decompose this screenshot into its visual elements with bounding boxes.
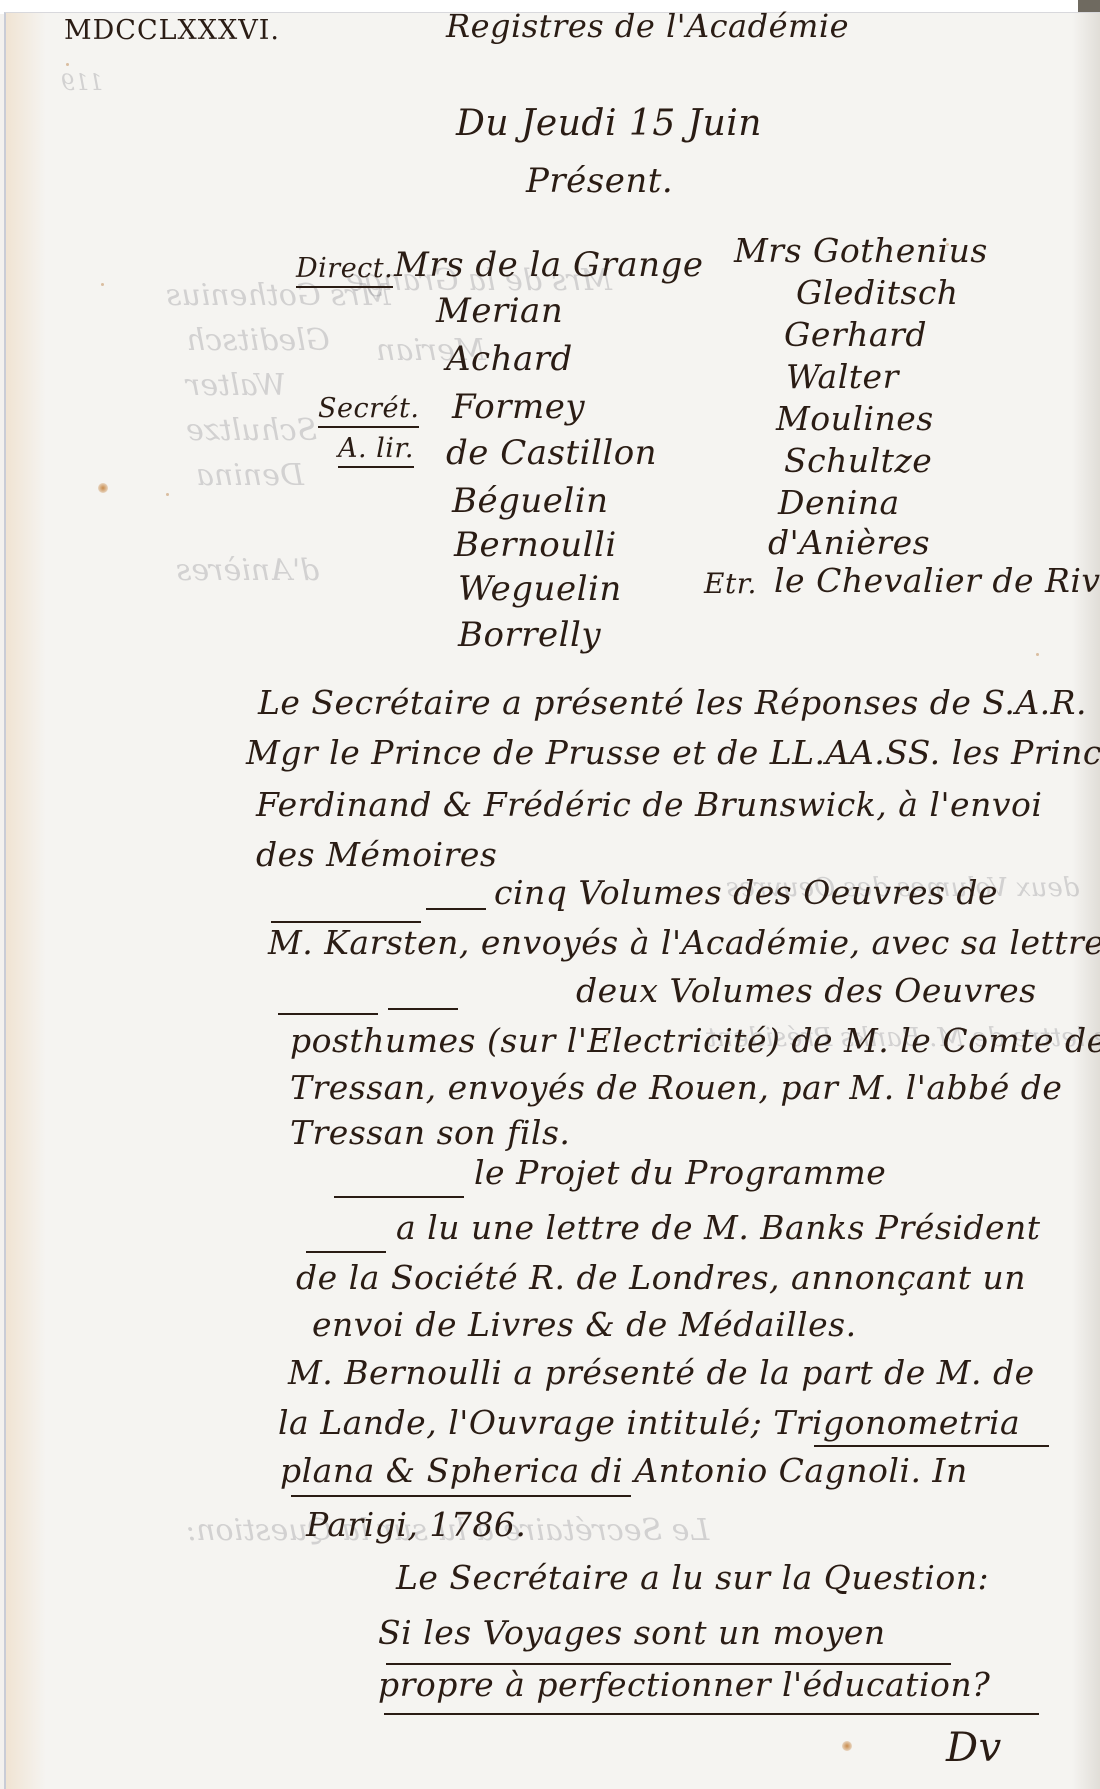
minutes-line: posthumes (sur l'Electricité) de M. le C… [290,1021,1100,1060]
paper-stain [842,1741,852,1751]
minutes-line: de la Société R. de Londres, annonçant u… [296,1258,1026,1297]
minutes-line: Tressan, envoyés de Rouen, par M. l'abbé… [290,1068,1062,1107]
bleed-through-text: d'Anières [176,553,319,588]
paper-fleck [606,1033,609,1036]
continuation-dash [388,1008,458,1010]
continuation-dash [426,908,486,910]
member-name: Mrs de la Grange [394,245,703,285]
role-archivist: A. lir. [338,433,414,468]
register-title: Registres de l'Académie [446,7,849,45]
member-name: Merian [436,291,563,331]
member-name: Achard [446,339,573,379]
manuscript-page: 119 Mrs Gothenius Gleditsch Walter Schul… [4,12,1100,1789]
paper-fleck [946,243,949,246]
member-name: le Chevalier de Rivarol [774,561,1100,600]
minutes-line: Parigi, 1786. [306,1505,526,1544]
continuation-dash [334,1196,464,1198]
member-name: Gerhard [784,315,927,354]
minutes-line: Ferdinand & Frédéric de Brunswick, à l'e… [256,785,1042,824]
minutes-line: Tressan son fils. [290,1113,570,1152]
bleed-through-text: Walter [186,368,286,403]
role-director: Direct. [296,253,393,288]
member-name: Moulines [776,399,934,438]
minutes-line: M. Karsten, envoyés à l'Académie, avec s… [268,923,1100,962]
member-name: Borrelly [458,615,601,655]
minutes-line: Le Secrétaire a présenté les Réponses de… [258,683,1087,722]
bleed-through-text: Denina [196,458,304,493]
member-name: Formey [452,387,585,427]
guest-label: Etr. [704,567,757,600]
question-line: propre à perfectionner l'éducation? [378,1665,990,1704]
bleed-through-text: Gleditsch [186,323,330,358]
session-date: Du Jeudi 15 Juin [456,103,762,144]
paper-fleck [66,63,69,66]
secretary-signature: Dv [946,1725,1002,1771]
minutes-line: la Lande, l'Ouvrage intitulé; Trigonomet… [278,1403,1020,1442]
year-roman-numeral: MDCCLXXXVI. [64,15,280,46]
minutes-line: deux Volumes des Oeuvres [576,971,1037,1010]
minutes-line: Mgr le Prince de Prusse et de LL.AA.SS. … [246,733,1100,772]
role-secretary: Secrét. [318,393,419,428]
continuation-dash [306,1251,386,1253]
member-name: Mrs Gothenius [734,231,988,270]
minutes-line: a lu une lettre de M. Banks Président [396,1208,1041,1247]
bleed-through-folio: 119 [61,71,103,96]
member-name: Denina [778,483,900,522]
paper-fleck [166,493,169,496]
minutes-line: M. Bernoulli a présenté de la part de M.… [288,1353,1035,1392]
member-name: Bernoulli [454,525,617,565]
paper-fleck [1036,653,1039,656]
member-name: de Castillon [446,433,657,473]
member-name: Schultze [784,441,932,480]
member-name: Gleditsch [796,273,959,312]
paper-stain [98,483,108,493]
minutes-line: envoi de Livres & de Médailles. [312,1305,857,1344]
continuation-dash [278,1013,378,1015]
question-underline [384,1713,1039,1715]
member-name: Weguelin [458,569,622,609]
minutes-line: des Mémoires [256,835,497,874]
member-name: d'Anières [768,523,930,562]
member-name: Béguelin [452,481,609,521]
minutes-line: cinq Volumes des Oeuvres de [494,873,998,912]
question-line: Si les Voyages sont un moyen [378,1613,886,1652]
title-underline [291,1495,631,1497]
paper-fleck [101,283,104,286]
minutes-line: Le Secrétaire a lu sur la Question: [396,1558,989,1597]
present-heading: Présent. [526,161,673,201]
minutes-line: le Projet du Programme [474,1153,886,1192]
minutes-line: plana & Spherica di Antonio Cagnoli. In [280,1451,968,1490]
bleed-through-text: Schultze [186,413,317,448]
member-name: Walter [786,357,899,396]
title-underline [814,1445,1049,1447]
